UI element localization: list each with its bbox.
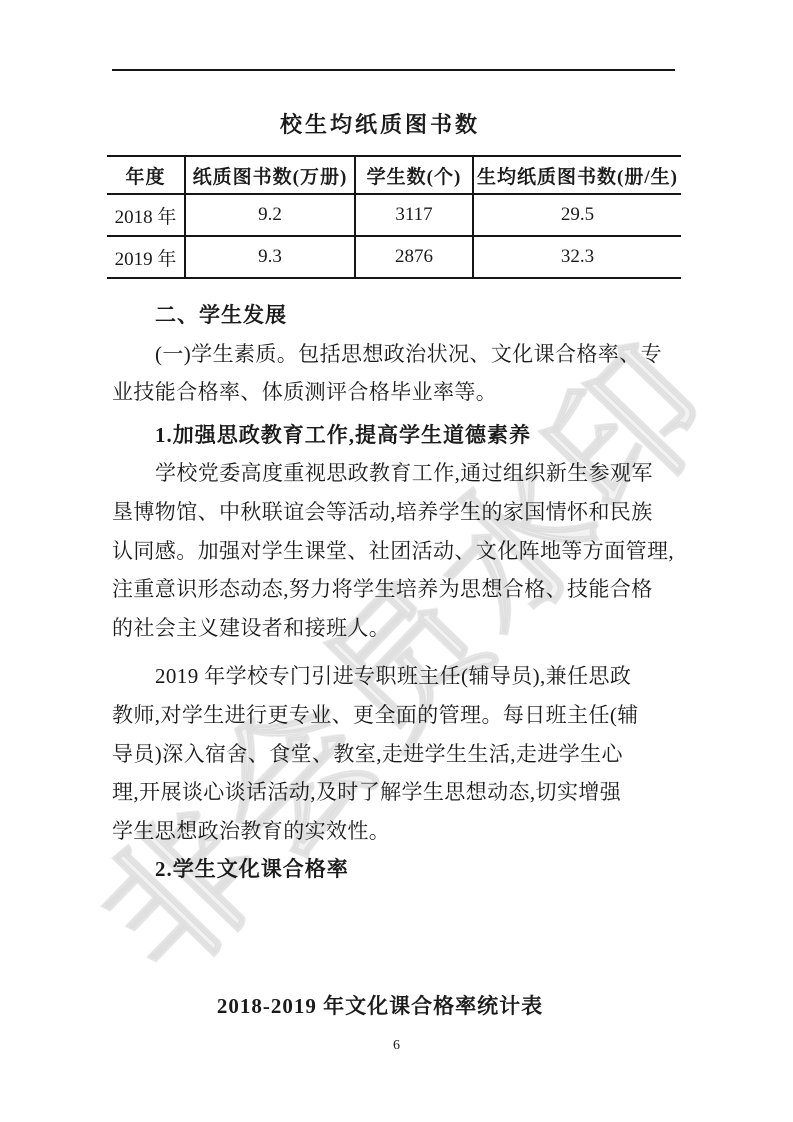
text-line: 垦博物馆、中秋联谊会等活动,培养学生的家国情怀和民族 bbox=[112, 493, 688, 532]
table-title: 校生均纸质图书数 bbox=[92, 108, 668, 139]
header-rule bbox=[112, 69, 675, 71]
table-row-2019: 2019 年 9.3 2876 32.3 bbox=[107, 236, 681, 278]
col-header-books-per-student: 生均纸质图书数(册/生) bbox=[473, 156, 681, 194]
table-row-2018: 2018 年 9.2 3117 29.5 bbox=[107, 194, 681, 236]
sub-heading-1: 1.加强思政教育工作,提高学生道德素养 bbox=[112, 416, 688, 455]
text-line: 教师,对学生进行更专业、更全面的管理。每日班主任(辅 bbox=[112, 696, 688, 735]
text-line: 注重意识形态动态,努力将学生培养为思想合格、技能合格 bbox=[112, 570, 688, 609]
text-line: 2019 年学校专门引进专职班主任(辅导员),兼任思政 bbox=[112, 657, 688, 696]
sub-heading-2: 2.学生文化课合格率 bbox=[112, 850, 688, 889]
cell-books-per-student: 29.5 bbox=[473, 194, 681, 236]
document-page: 非会员水印 校生均纸质图书数 年度 纸质图书数(万册) 学生数(个) 生均纸质图… bbox=[0, 0, 793, 1122]
cell-year: 2018 年 bbox=[107, 194, 185, 236]
col-header-students: 学生数(个) bbox=[355, 156, 473, 194]
books-per-student-table: 年度 纸质图书数(万册) 学生数(个) 生均纸质图书数(册/生) 2018 年 … bbox=[107, 155, 681, 279]
text-line: 业技能合格率、体质测评合格毕业率等。 bbox=[112, 373, 688, 412]
text-line: 学校党委高度重视思政教育工作,通过组织新生参观军 bbox=[112, 454, 688, 493]
text-line: 的社会主义建设者和接班人。 bbox=[112, 609, 688, 648]
text-line: (一)学生素质。包括思想政治状况、文化课合格率、专 bbox=[112, 335, 688, 374]
page-number: 6 bbox=[0, 1038, 793, 1054]
cell-books-per-student: 32.3 bbox=[473, 236, 681, 278]
cell-students: 3117 bbox=[355, 194, 473, 236]
body-text: 二、学生发展 (一)学生素质。包括思想政治状况、文化课合格率、专 业技能合格率、… bbox=[112, 296, 688, 889]
text-line: 导员)深入宿舍、食堂、教室,走进学生生活,走进学生心 bbox=[112, 735, 688, 774]
cell-paper-books: 9.2 bbox=[185, 194, 355, 236]
cell-year: 2019 年 bbox=[107, 236, 185, 278]
text-line: 学生思想政治教育的实效性。 bbox=[112, 812, 688, 851]
col-header-year: 年度 bbox=[107, 156, 185, 194]
text-line: 认同感。加强对学生课堂、社团活动、文化阵地等方面管理, bbox=[112, 532, 688, 571]
cell-paper-books: 9.3 bbox=[185, 236, 355, 278]
table-header-row: 年度 纸质图书数(万册) 学生数(个) 生均纸质图书数(册/生) bbox=[107, 156, 681, 194]
text-line: 理,开展谈心谈话活动,及时了解学生思想动态,切实增强 bbox=[112, 773, 688, 812]
col-header-paper-books: 纸质图书数(万册) bbox=[185, 156, 355, 194]
cell-students: 2876 bbox=[355, 236, 473, 278]
section-heading: 二、学生发展 bbox=[112, 296, 688, 335]
footer-table-title: 2018-2019 年文化课合格率统计表 bbox=[92, 990, 668, 1020]
